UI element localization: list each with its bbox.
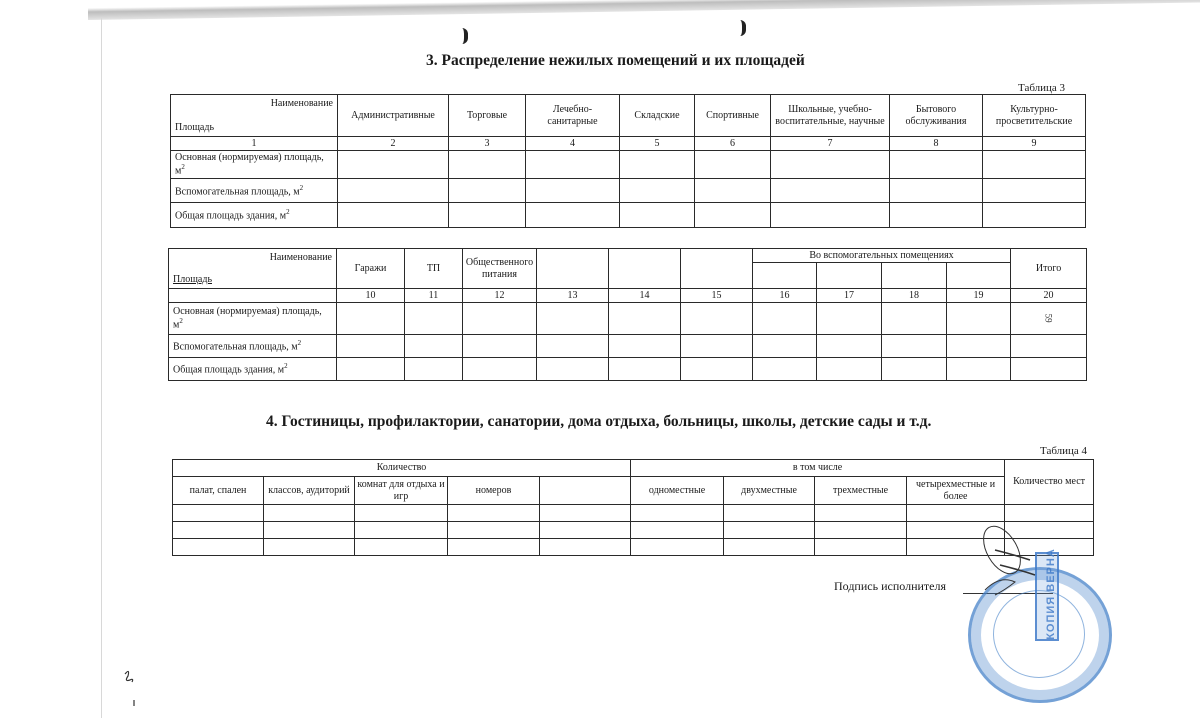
table-cell[interactable]	[526, 203, 620, 228]
column-number: 16	[753, 289, 817, 303]
table-cell[interactable]	[771, 203, 890, 228]
table-cell[interactable]	[882, 335, 947, 358]
table-cell[interactable]	[337, 303, 405, 335]
column-number: 10	[337, 289, 405, 303]
table-row	[173, 505, 1094, 522]
table-cell[interactable]	[983, 151, 1086, 179]
column-number: 12	[463, 289, 537, 303]
table-cell[interactable]	[815, 522, 907, 539]
row-label: Общая площадь здания, м2	[171, 203, 338, 228]
table-cell[interactable]	[681, 335, 753, 358]
column-header	[609, 249, 681, 289]
table-cell[interactable]	[337, 358, 405, 381]
table-cell[interactable]	[537, 335, 609, 358]
table-cell[interactable]	[882, 358, 947, 381]
table-cell[interactable]	[753, 335, 817, 358]
table-4-caption: Таблица 4	[1040, 445, 1087, 457]
table-cell[interactable]	[817, 303, 882, 335]
table-cell[interactable]	[947, 335, 1011, 358]
binding-mark	[736, 20, 746, 36]
column-number: 15	[681, 289, 753, 303]
column-number: 20	[1011, 289, 1087, 303]
table-cell[interactable]	[337, 335, 405, 358]
signature-scribble	[960, 520, 1060, 610]
table-row: Общая площадь здания, м2	[171, 203, 1086, 228]
column-header: палат, спален	[173, 477, 264, 505]
table-cell[interactable]	[609, 358, 681, 381]
table-row	[173, 522, 1094, 539]
table-cell[interactable]	[695, 203, 771, 228]
total-cell[interactable]: 59	[1011, 303, 1087, 335]
row-label: Основная (нормируемая) площадь, м2	[171, 151, 338, 179]
table-cell[interactable]	[355, 505, 448, 522]
column-header: Культурно-просветительские	[983, 95, 1086, 137]
table-cell[interactable]	[540, 522, 631, 539]
section-3-title: 3. Распределение нежилых помещений и их …	[426, 52, 805, 70]
table-cell[interactable]	[817, 358, 882, 381]
column-number: 8	[890, 137, 983, 151]
table-cell[interactable]	[890, 203, 983, 228]
corner-header: Наименование Площадь	[169, 249, 337, 289]
table-cell[interactable]	[405, 358, 463, 381]
column-header	[681, 249, 753, 289]
column-header: Гаражи	[337, 249, 405, 289]
table-cell[interactable]	[355, 522, 448, 539]
column-number: 5	[620, 137, 695, 151]
row-label: Вспомогательная площадь, м2	[171, 179, 338, 203]
column-header	[540, 477, 631, 505]
table-cell[interactable]	[405, 303, 463, 335]
sub-column-header	[753, 263, 817, 289]
column-number: 11	[405, 289, 463, 303]
column-number: 1	[171, 137, 338, 151]
table-cell[interactable]	[449, 203, 526, 228]
column-number: 7	[771, 137, 890, 151]
table-cell[interactable]	[338, 179, 449, 203]
total-header: Итого	[1011, 249, 1087, 289]
column-header: номеров	[448, 477, 540, 505]
section-4-title: 4. Гостиницы, профилактории, санатории, …	[266, 413, 931, 431]
column-header: ТП	[405, 249, 463, 289]
row-label: Основная (нормируемая) площадь, м2	[169, 303, 337, 335]
table-cell[interactable]	[540, 505, 631, 522]
column-header	[537, 249, 609, 289]
column-number: 13	[537, 289, 609, 303]
column-number: 4	[526, 137, 620, 151]
sub-column-header	[947, 263, 1011, 289]
table-cell[interactable]	[264, 522, 355, 539]
table-cell[interactable]	[1011, 358, 1087, 381]
table-cell[interactable]	[753, 358, 817, 381]
table-cell[interactable]	[264, 505, 355, 522]
column-number: 9	[983, 137, 1086, 151]
table-row: Вспомогательная площадь, м2	[171, 179, 1086, 203]
table-cell[interactable]	[173, 505, 264, 522]
table-cell[interactable]	[620, 179, 695, 203]
group-header-quantity: Количество	[173, 460, 631, 477]
table-cell[interactable]	[620, 203, 695, 228]
table-cell[interactable]	[947, 358, 1011, 381]
column-header: Торговые	[449, 95, 526, 137]
column-header: трехместные	[815, 477, 907, 505]
table-cell[interactable]	[695, 151, 771, 179]
total-value: 59	[1043, 313, 1053, 322]
column-header: одноместные	[631, 477, 724, 505]
table-cell[interactable]	[338, 203, 449, 228]
sub-column-header	[817, 263, 882, 289]
table-cell[interactable]	[631, 505, 724, 522]
table-3-caption: Таблица 3	[1018, 82, 1065, 94]
table-cell[interactable]	[463, 335, 537, 358]
table-cell[interactable]	[526, 151, 620, 179]
table-cell[interactable]	[983, 179, 1086, 203]
row-label: Общая площадь здания, м2	[169, 358, 337, 381]
table-cell[interactable]	[355, 539, 448, 556]
table-cell[interactable]	[609, 303, 681, 335]
signature-label: Подпись исполнителя	[834, 579, 946, 594]
table-4: Количество в том числе Количество мест п…	[172, 459, 1094, 556]
corner-header-area: Площадь	[173, 274, 212, 286]
column-number-row: 10 11 12 13 14 15 16 17 18 19 20	[169, 289, 1087, 303]
table-row: Вспомогательная площадь, м2	[169, 335, 1087, 358]
table-cell[interactable]	[815, 505, 907, 522]
table-cell[interactable]	[526, 179, 620, 203]
column-header: Складские	[620, 95, 695, 137]
table-cell[interactable]	[771, 151, 890, 179]
table-cell[interactable]	[817, 335, 882, 358]
table-cell[interactable]	[983, 203, 1086, 228]
column-header: Бытового обслуживания	[890, 95, 983, 137]
table-cell[interactable]	[537, 358, 609, 381]
table-cell[interactable]	[1005, 505, 1094, 522]
table-cell[interactable]	[1011, 335, 1087, 358]
table-cell[interactable]	[695, 179, 771, 203]
column-header: Общественного питания	[463, 249, 537, 289]
column-number	[169, 289, 337, 303]
column-number-row: 1 2 3 4 5 6 7 8 9	[171, 137, 1086, 151]
column-number: 6	[695, 137, 771, 151]
corner-header-name: Наименование	[271, 98, 333, 110]
column-number: 17	[817, 289, 882, 303]
row-label: Вспомогательная площадь, м2	[169, 335, 337, 358]
column-number: 19	[947, 289, 1011, 303]
margin-handwriting	[120, 666, 140, 711]
sub-column-header	[882, 263, 947, 289]
table-cell[interactable]	[448, 539, 540, 556]
places-header: Количество мест	[1005, 460, 1094, 505]
table-row	[173, 539, 1094, 556]
column-header: четырехместные и более	[907, 477, 1005, 505]
table-cell[interactable]	[724, 539, 815, 556]
column-header: классов, аудиторий	[264, 477, 355, 505]
table-cell[interactable]	[681, 358, 753, 381]
table-cell[interactable]	[463, 303, 537, 335]
table-cell[interactable]	[609, 335, 681, 358]
group-header-auxiliary: Во вспомогательных помещениях	[753, 249, 1011, 263]
table-cell[interactable]	[890, 179, 983, 203]
table-cell[interactable]	[815, 539, 907, 556]
column-header: Административные	[338, 95, 449, 137]
table-cell[interactable]	[681, 303, 753, 335]
binding-mark	[458, 28, 468, 44]
table-cell[interactable]	[753, 303, 817, 335]
table-cell[interactable]	[620, 151, 695, 179]
corner-header-name: Наименование	[270, 252, 332, 264]
scan-edge	[88, 0, 1200, 20]
table-cell[interactable]	[405, 335, 463, 358]
table-cell[interactable]	[463, 358, 537, 381]
corner-header-area: Площадь	[175, 122, 214, 134]
table-cell[interactable]	[724, 505, 815, 522]
corner-header: Наименование Площадь	[171, 95, 338, 137]
table-cell[interactable]	[537, 303, 609, 335]
column-number: 2	[338, 137, 449, 151]
group-header-including: в том числе	[631, 460, 1005, 477]
table-3a: Наименование Площадь Административные То…	[170, 94, 1086, 228]
table-cell[interactable]	[947, 303, 1011, 335]
column-header: Школьные, учебно-воспитательные, научные	[771, 95, 890, 137]
table-cell[interactable]	[540, 539, 631, 556]
table-cell[interactable]	[631, 539, 724, 556]
table-cell[interactable]	[449, 151, 526, 179]
table-cell[interactable]	[890, 151, 983, 179]
table-cell[interactable]	[631, 522, 724, 539]
table-cell[interactable]	[173, 539, 264, 556]
table-cell[interactable]	[173, 522, 264, 539]
table-cell[interactable]	[264, 539, 355, 556]
table-cell[interactable]	[449, 179, 526, 203]
table-cell[interactable]	[448, 505, 540, 522]
table-row: Основная (нормируемая) площадь, м2 59	[169, 303, 1087, 335]
table-cell[interactable]	[882, 303, 947, 335]
table-cell[interactable]	[907, 505, 1005, 522]
table-3b: Наименование Площадь Гаражи ТП Обществен…	[168, 248, 1087, 381]
table-cell[interactable]	[771, 179, 890, 203]
page-margin-line	[101, 18, 102, 718]
table-cell[interactable]	[338, 151, 449, 179]
column-header: комнат для отдыха и игр	[355, 477, 448, 505]
column-header: Лечебно-санитарные	[526, 95, 620, 137]
table-row: Основная (нормируемая) площадь, м2	[171, 151, 1086, 179]
column-number: 14	[609, 289, 681, 303]
table-row: Общая площадь здания, м2	[169, 358, 1087, 381]
column-number: 3	[449, 137, 526, 151]
column-header: Спортивные	[695, 95, 771, 137]
column-header: двухместные	[724, 477, 815, 505]
table-cell[interactable]	[724, 522, 815, 539]
table-cell[interactable]	[448, 522, 540, 539]
column-number: 18	[882, 289, 947, 303]
